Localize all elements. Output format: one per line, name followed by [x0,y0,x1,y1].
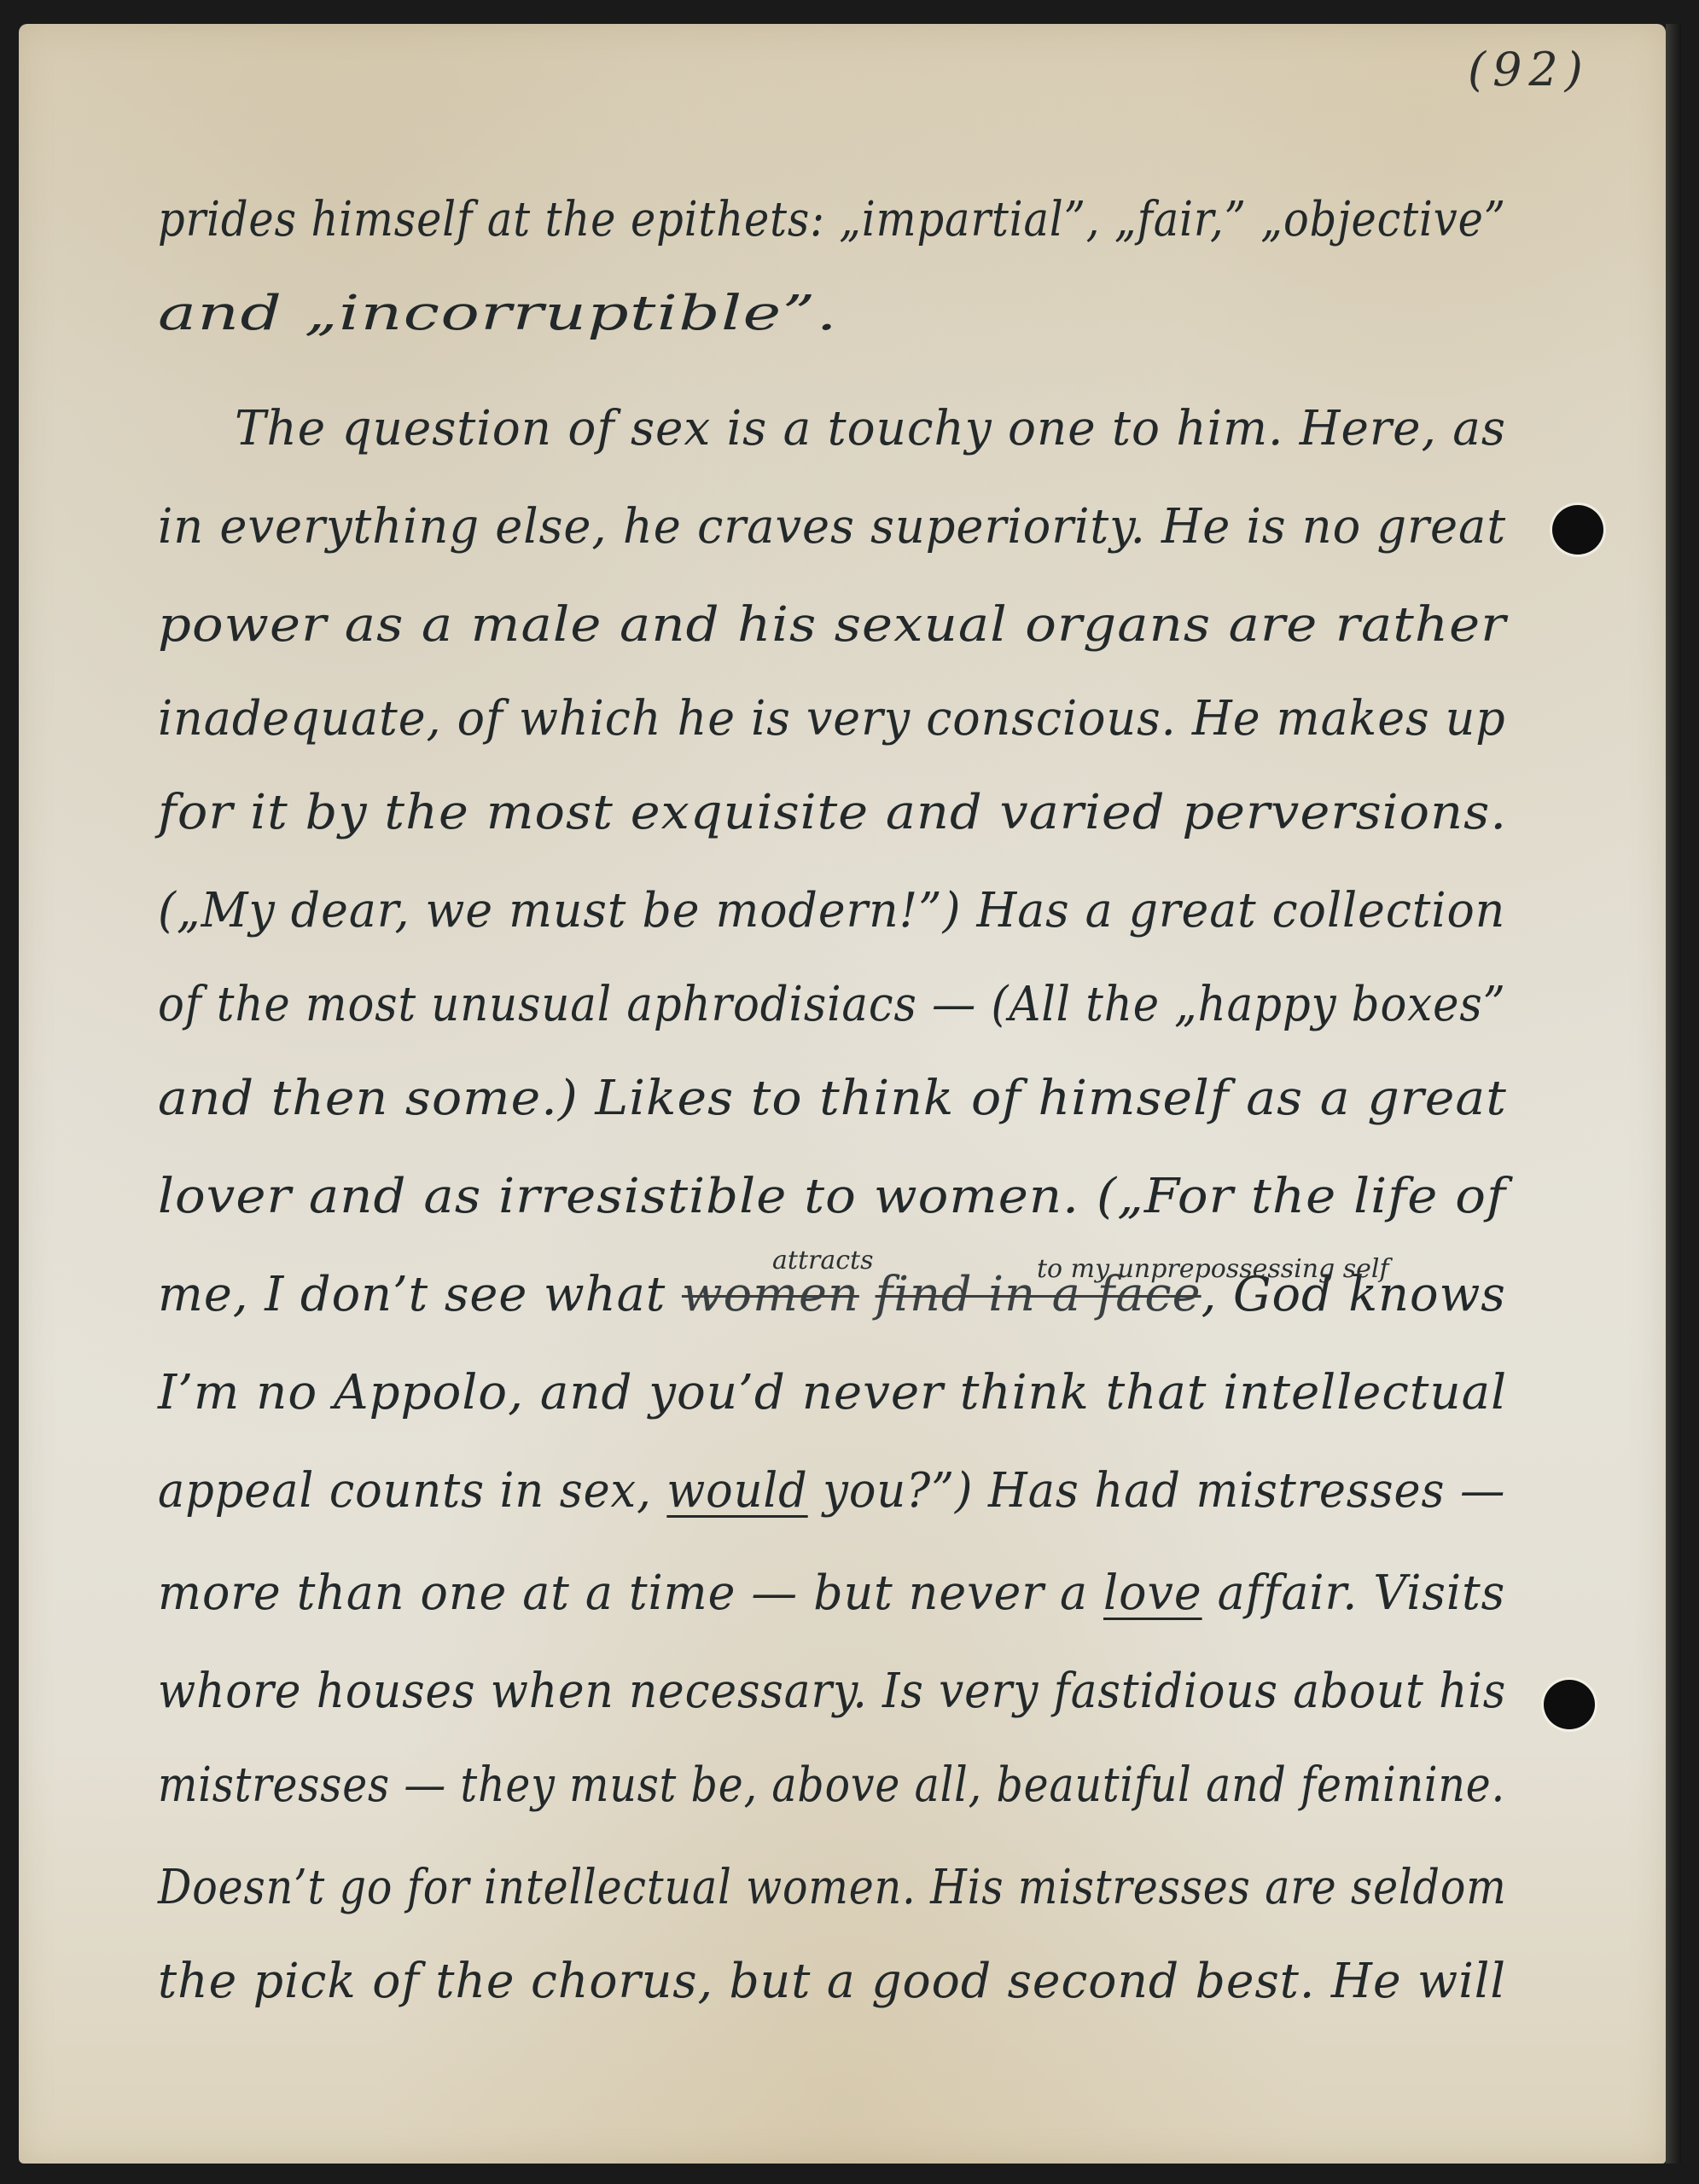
text-line: and then some.) Likes to think of himsel… [158,1071,1507,1126]
text-line: lover and as irresistible to women. („Fo… [158,1169,1506,1224]
text-line: The question of sex is a touchy one to h… [235,401,1506,456]
underlined-text: would [666,1463,807,1519]
text-segment: more than one at a time — but never a [158,1565,1103,1621]
text-segment: appeal counts in sex, [158,1463,666,1519]
text-segment: mistresses — they must be, above all, be… [158,1757,1505,1813]
text-line: mistresses — they must be, above all, be… [158,1757,1505,1813]
text-line: („My dear, we must be modern!”) Has a gr… [158,883,1505,938]
text-line: appeal counts in sex, would you?”) Has h… [158,1463,1505,1519]
text-segment: and then some.) Likes to think of himsel… [158,1071,1507,1126]
text-line: I’m no Appolo, and you’d never think tha… [158,1365,1507,1420]
text-line: whore houses when necessary. Is very fas… [158,1664,1506,1719]
text-segment: and „incorruptible”. [158,286,838,341]
text-segment: I’m no Appolo, and you’d never think tha… [158,1365,1507,1420]
text-segment: for it by the most exquisite and varied … [158,785,1507,840]
text-segment: lover and as irresistible to women. („Fo… [158,1169,1506,1224]
text-segment: Doesn’t go for intellectual women. His m… [158,1860,1507,1915]
text-segment: whore houses when necessary. Is very fas… [158,1664,1506,1719]
text-segment: me, I don’t see what [158,1267,682,1322]
text-segment: of the most unusual aphrodisiacs — (All … [158,977,1506,1032]
interlinear-insertion: attracts [772,1246,873,1275]
text-segment: affair. Visits [1202,1565,1506,1621]
text-line: for it by the most exquisite and varied … [158,785,1507,840]
text-line: inadequate, of which he is very consciou… [158,691,1506,746]
text-line: prides himself at the epithets: „imparti… [158,192,1506,247]
text-line: the pick of the chorus, but a good secon… [158,1954,1506,2009]
text-line: of the most unusual aphrodisiacs — (All … [158,977,1506,1032]
handwritten-text-body: prides himself at the epithets: „imparti… [0,0,1699,2184]
text-line: more than one at a time — but never a lo… [158,1565,1505,1621]
text-segment: („My dear, we must be modern!”) Has a gr… [158,883,1505,938]
text-line: in everything else, he craves superiorit… [158,499,1506,555]
underlined-text: love [1103,1565,1202,1621]
text-line: Doesn’t go for intellectual women. His m… [158,1860,1507,1915]
text-segment: inadequate, of which he is very consciou… [158,691,1506,746]
text-segment: The question of sex is a touchy one to h… [235,401,1506,456]
text-segment: the pick of the chorus, but a good secon… [158,1954,1506,2009]
text-line: power as a male and his sexual organs ar… [158,597,1506,653]
text-segment: you?”) Has had mistresses — [808,1463,1506,1519]
text-segment: power as a male and his sexual organs ar… [158,597,1506,653]
text-segment: in everything else, he craves superiorit… [158,499,1506,555]
text-segment: prides himself at the epithets: „imparti… [158,192,1506,247]
text-line: and „incorruptible”. [158,286,838,341]
interlinear-insertion: to my unprepossessing self [1037,1254,1389,1284]
